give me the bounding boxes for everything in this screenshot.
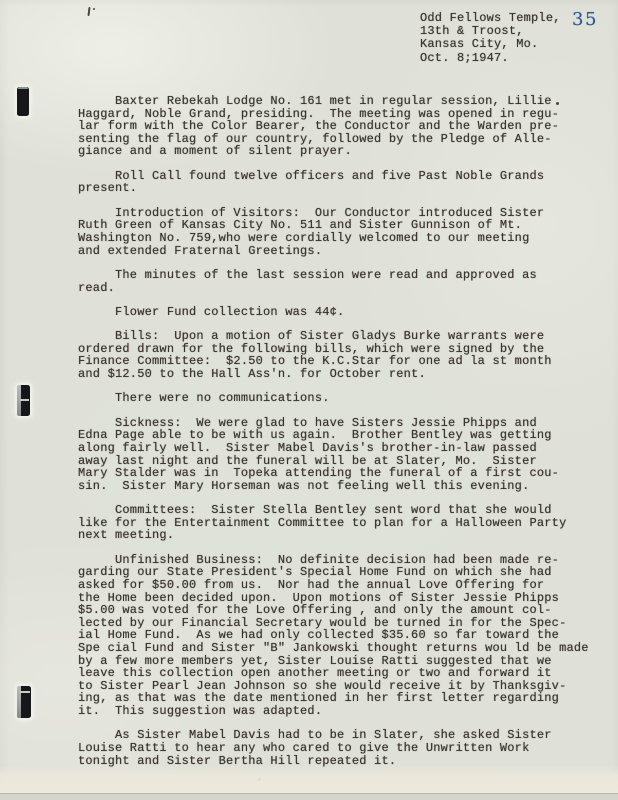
- paragraph-unfinished-business: Unfinished Business: No definite decisio…: [78, 554, 612, 718]
- binder-hole-gap: [20, 399, 29, 401]
- document-header-address: Odd Fellows Temple, 13th & Troost, Kansa…: [420, 12, 561, 65]
- paper-bottom-band: [0, 766, 618, 793]
- scanned-page: Odd Fellows Temple, 13th & Troost, Kansa…: [0, 0, 618, 800]
- paragraph-roll-call: Roll Call found twelve officers and five…: [78, 170, 612, 195]
- ink-speck: [556, 102, 559, 105]
- paragraph-minutes-approved: The minutes of the last session were rea…: [78, 269, 612, 294]
- paragraph-visitors: Introduction of Visitors: Our Conductor …: [78, 207, 612, 257]
- ink-speck: [87, 7, 90, 16]
- minutes-body: Baxter Rebekah Lodge No. 161 met in regu…: [78, 95, 612, 767]
- paragraph-bills: Bills: Upon a motion of Sister Gladys Bu…: [78, 330, 612, 380]
- binder-hole-mark: [17, 686, 31, 718]
- paragraph-baxter-opening: Baxter Rebekah Lodge No. 161 met in regu…: [78, 95, 612, 158]
- ink-speck: [93, 8, 95, 10]
- paragraph-sickness: Sickness: We were glad to have Sisters J…: [78, 417, 612, 493]
- page-number: 35: [572, 9, 598, 30]
- binder-hole-mark: [17, 87, 29, 116]
- paragraph-communications: There were no communications.: [78, 392, 612, 405]
- paragraph-unwritten-work: As Sister Mabel Davis had to be in Slate…: [78, 729, 612, 767]
- binder-hole-highlight: [18, 87, 28, 89]
- paragraph-flower-fund: Flower Fund collection was 44¢.: [78, 306, 612, 319]
- paper-bottom-edge: [0, 793, 618, 800]
- paragraph-committees: Committees: Sister Stella Bentley sent w…: [78, 504, 612, 542]
- binder-hole-mark: [17, 385, 30, 416]
- binder-hole-gap: [20, 691, 30, 693]
